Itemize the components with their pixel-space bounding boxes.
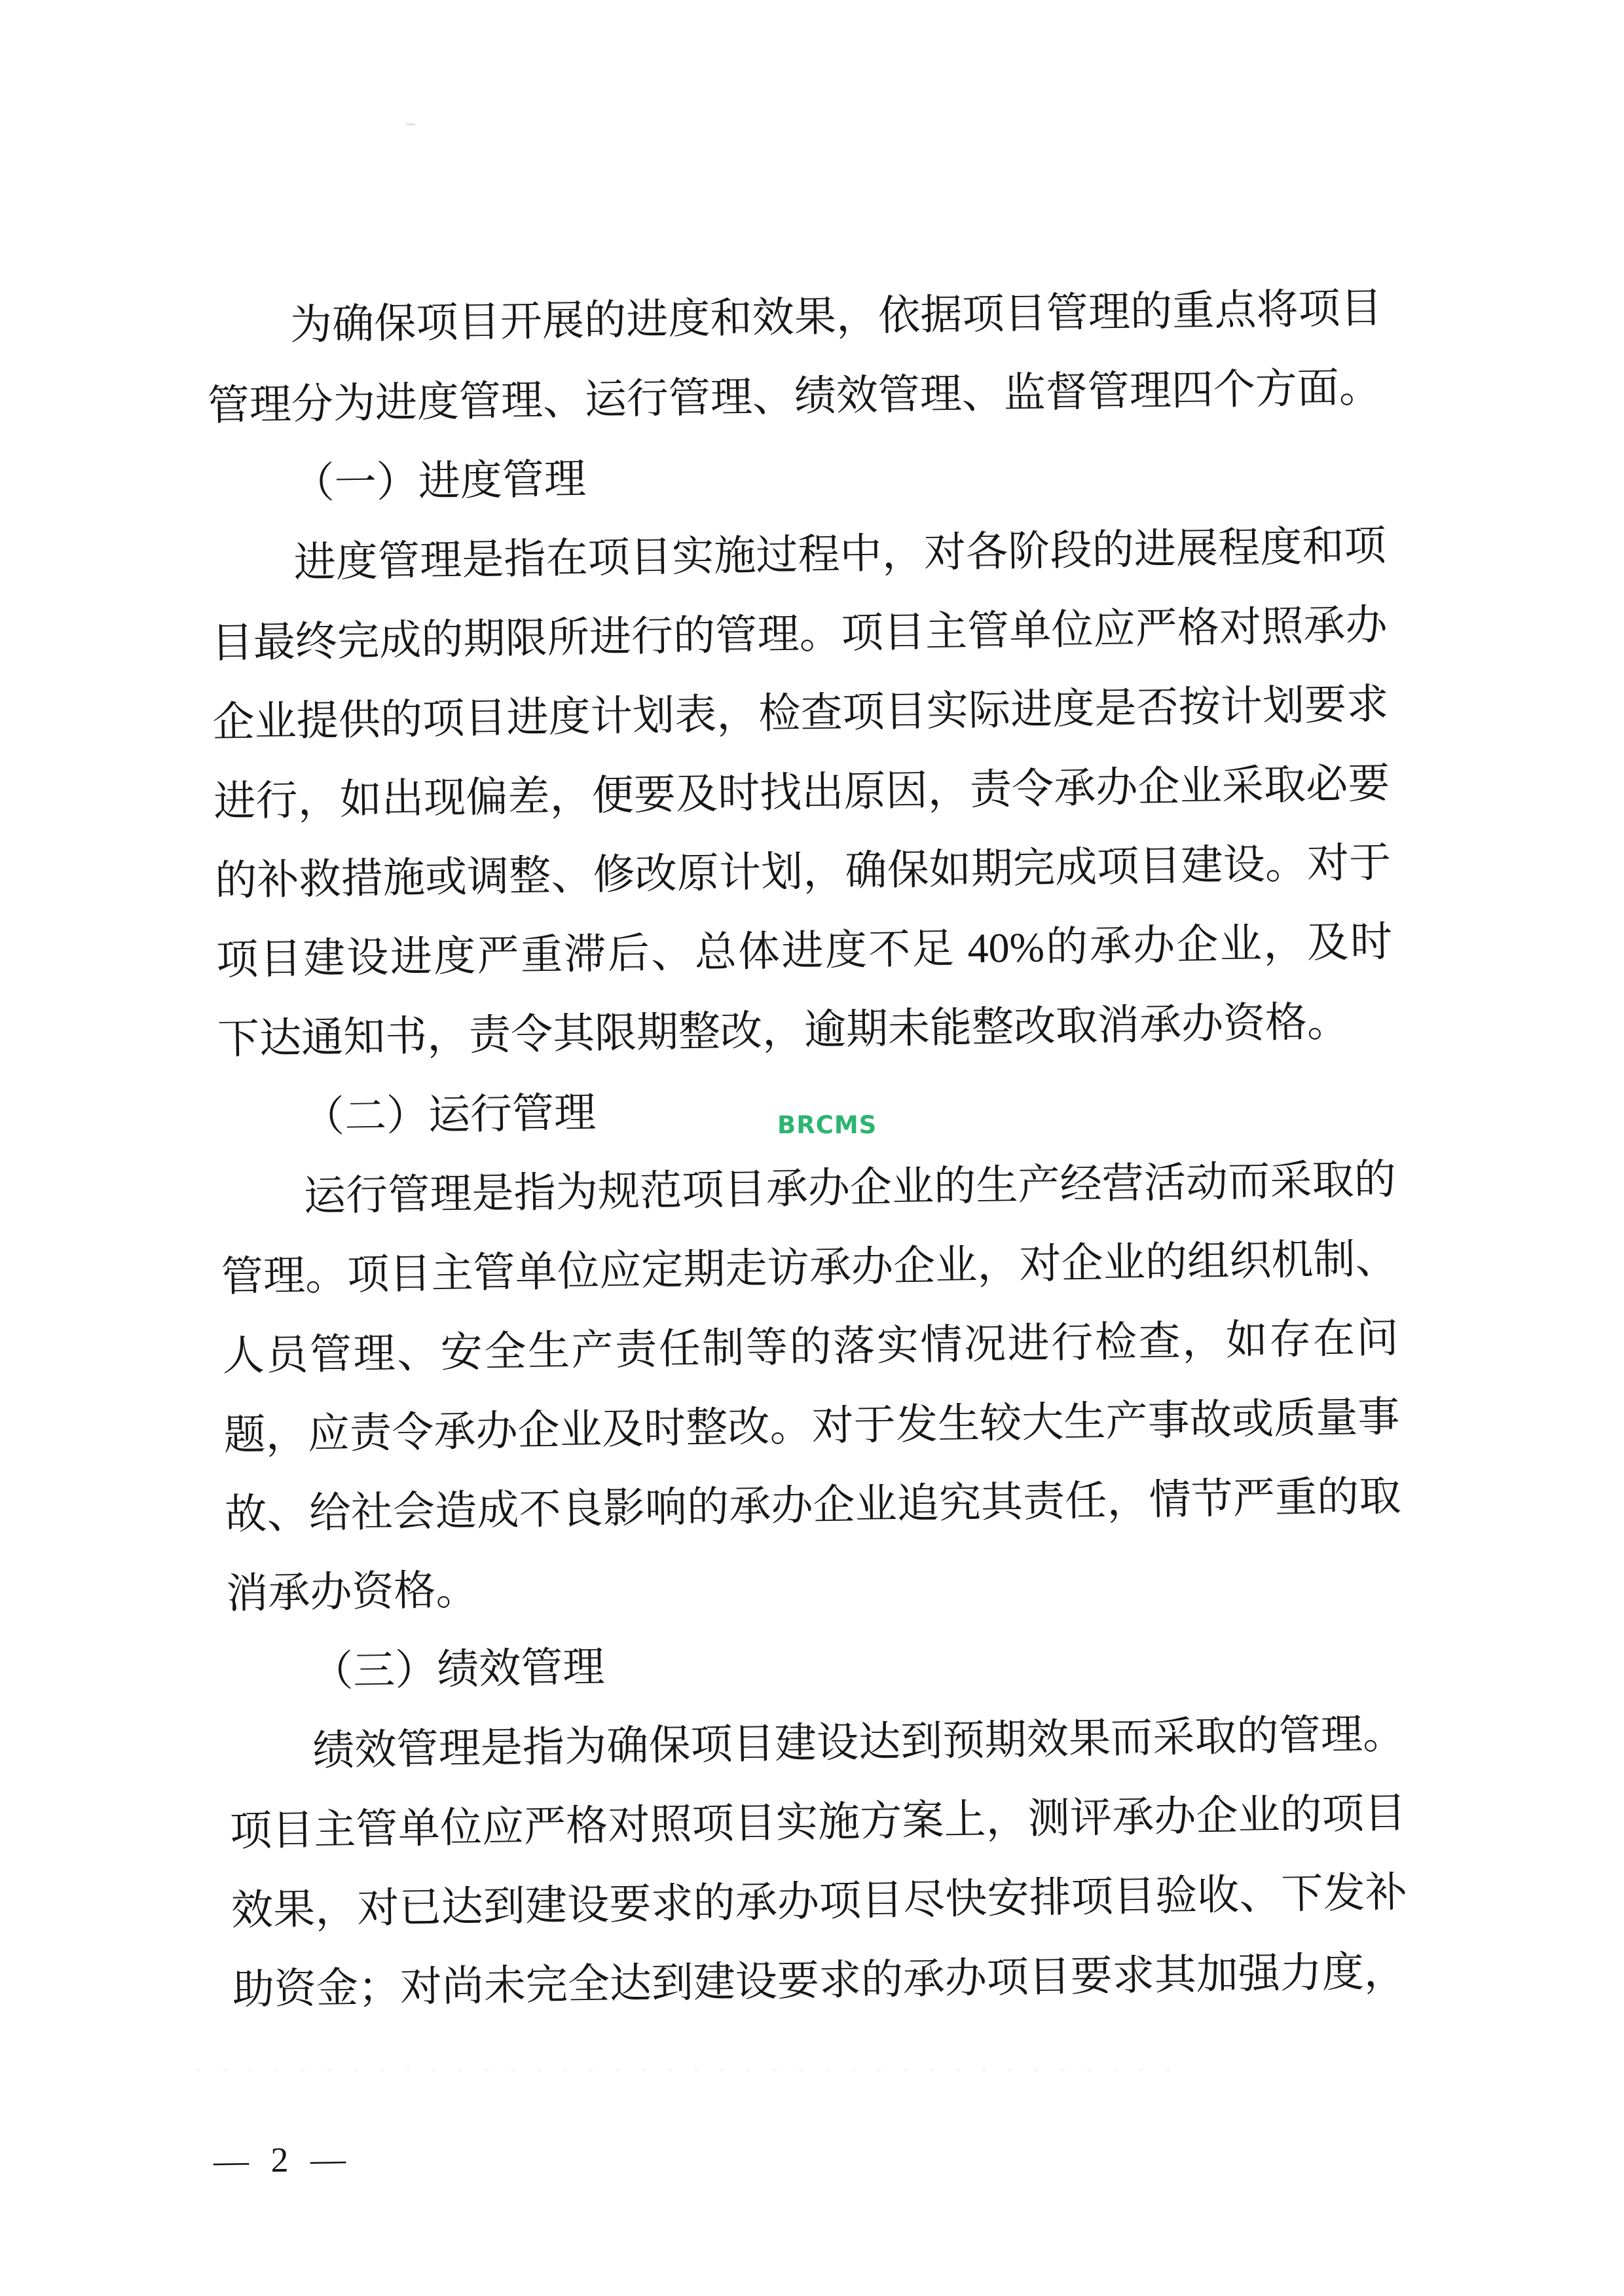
page-number: — 2 — <box>213 2141 353 2178</box>
scan-artifact <box>406 123 415 126</box>
paragraph: 绩效管理是指为确保项目建设达到预期效果而采取的管理。项目主管单位应严格对照项目实… <box>228 1694 1409 2030</box>
scanned-document-page: 为确保项目开展的进度和效果，依据项目管理的重点将项目管理分为进度管理、运行管理、… <box>0 0 1624 2296</box>
paragraph: 运行管理是指为规范项目承办企业的生产经营活动而采取的管理。项目主管单位应定期走访… <box>219 1140 1403 1633</box>
scan-artifact <box>196 2069 1179 2071</box>
paragraph: 为确保项目开展的进度和效果，依据项目管理的重点将项目管理分为进度管理、运行管理、… <box>206 268 1384 445</box>
document-body: 为确保项目开展的进度和效果，依据项目管理的重点将项目管理分为进度管理、运行管理、… <box>206 268 1409 2030</box>
watermark: BRCMS <box>777 1113 877 1137</box>
paragraph: 进度管理是指在项目实施过程中，对各阶段的进展程度和项目最终完成的期限所进行的管理… <box>210 506 1394 1079</box>
